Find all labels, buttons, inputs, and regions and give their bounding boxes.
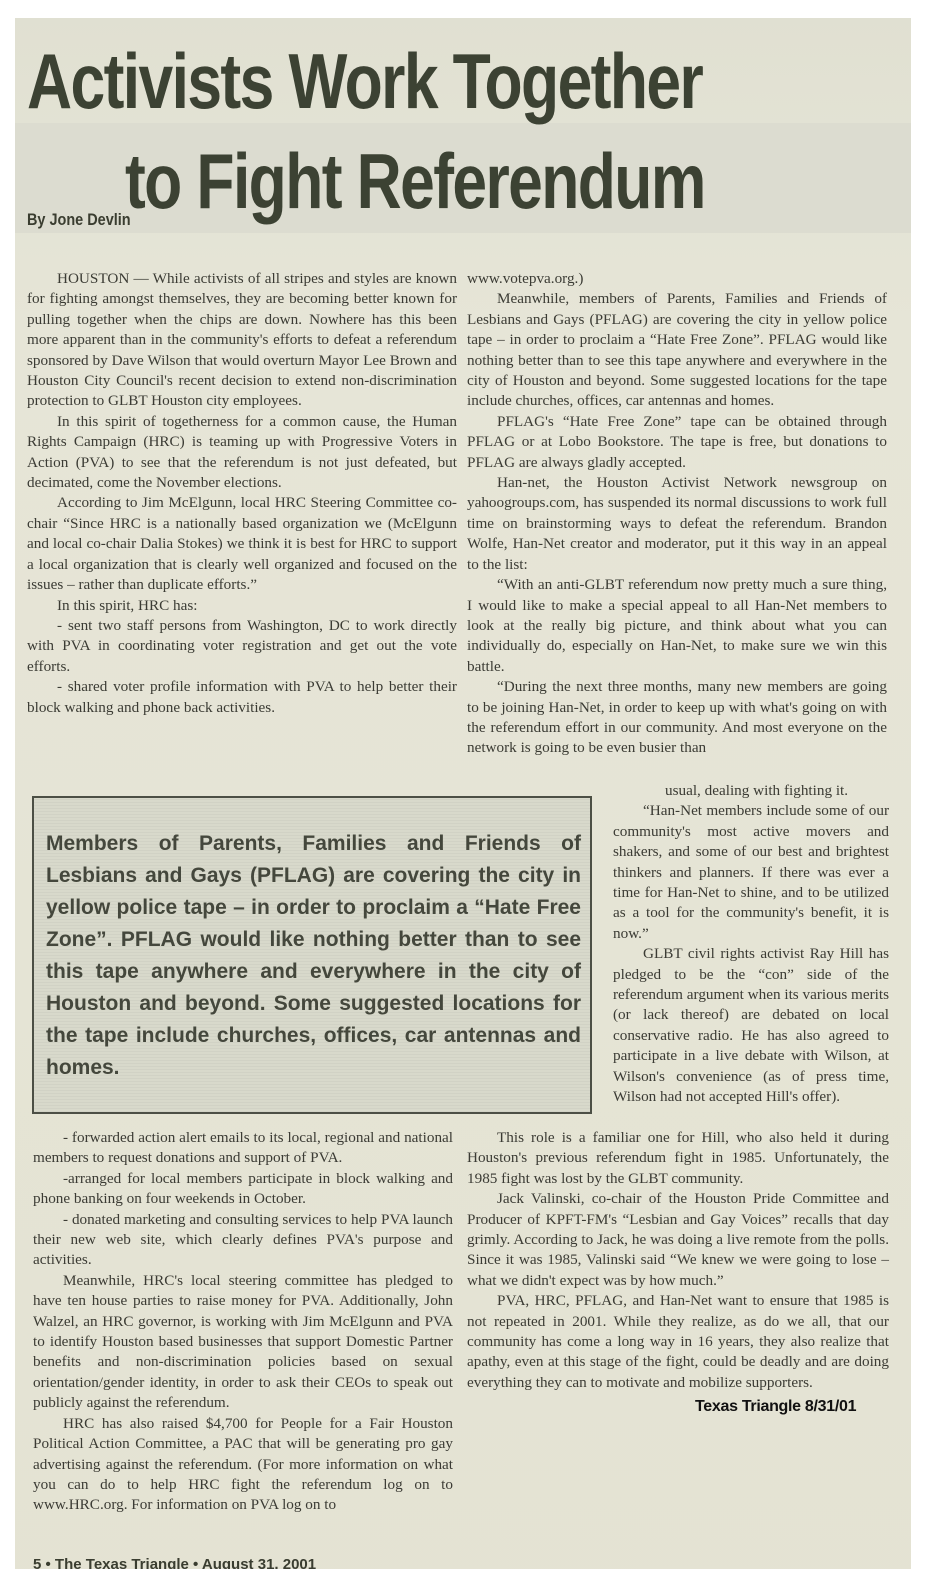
- paragraph: - donated marketing and consulting servi…: [33, 1210, 453, 1271]
- paragraph: - forwarded action alert emails to its l…: [33, 1128, 453, 1169]
- paragraph: Jack Valinski, co-chair of the Houston P…: [467, 1189, 889, 1291]
- paragraph: Meanwhile, HRC's local steering committe…: [33, 1271, 453, 1414]
- headline-line-1: Activists Work Together: [27, 36, 702, 127]
- pull-quote-box: Members of Parents, Families and Friends…: [32, 796, 592, 1114]
- source-credit: Texas Triangle 8/31/01: [695, 1398, 856, 1416]
- paragraph: “Han-Net members include some of our com…: [613, 801, 889, 944]
- paragraph: -arranged for local members participate …: [33, 1169, 453, 1210]
- newspaper-page: Activists Work Together to Fight Referen…: [15, 18, 911, 1569]
- paragraph: PVA, HRC, PFLAG, and Han-Net want to ens…: [467, 1291, 889, 1393]
- paragraph: HOUSTON — While activists of all stripes…: [27, 269, 457, 412]
- column-4: - forwarded action alert emails to its l…: [33, 1128, 453, 1516]
- paragraph: PFLAG's “Hate Free Zone” tape can be obt…: [467, 412, 887, 473]
- paragraph: This role is a familiar one for Hill, wh…: [467, 1128, 889, 1189]
- byline: By Jone Devlin: [27, 210, 131, 230]
- column-1: HOUSTON — While activists of all stripes…: [27, 269, 457, 718]
- paragraph: HRC has also raised $4,700 for People fo…: [33, 1414, 453, 1516]
- column-3: usual, dealing with fighting it. “Han-Ne…: [613, 781, 889, 1108]
- pull-quote-text: Members of Parents, Families and Friends…: [46, 828, 581, 1084]
- column-2: www.votepva.org.) Meanwhile, members of …: [467, 269, 887, 759]
- page-footer: 5 • The Texas Triangle • August 31, 2001: [33, 1554, 316, 1569]
- paragraph: “During the next three months, many new …: [467, 677, 887, 759]
- paragraph: - shared voter profile information with …: [27, 677, 457, 718]
- headline-line-2: to Fight Referendum: [125, 136, 705, 227]
- paragraph: GLBT civil rights activist Ray Hill has …: [613, 944, 889, 1107]
- paragraph: In this spirit, HRC has:: [27, 596, 457, 616]
- paragraph: www.votepva.org.): [467, 269, 887, 289]
- column-5: This role is a familiar one for Hill, wh…: [467, 1128, 889, 1393]
- paragraph: Han-net, the Houston Activist Network ne…: [467, 473, 887, 575]
- paragraph: In this spirit of togetherness for a com…: [27, 412, 457, 494]
- paragraph: “With an anti-GLBT referendum now pretty…: [467, 575, 887, 677]
- paragraph: Meanwhile, members of Parents, Families …: [467, 289, 887, 411]
- paragraph: According to Jim McElgunn, local HRC Ste…: [27, 493, 457, 595]
- paragraph: usual, dealing with fighting it.: [613, 781, 889, 801]
- paragraph: - sent two staff persons from Washington…: [27, 616, 457, 677]
